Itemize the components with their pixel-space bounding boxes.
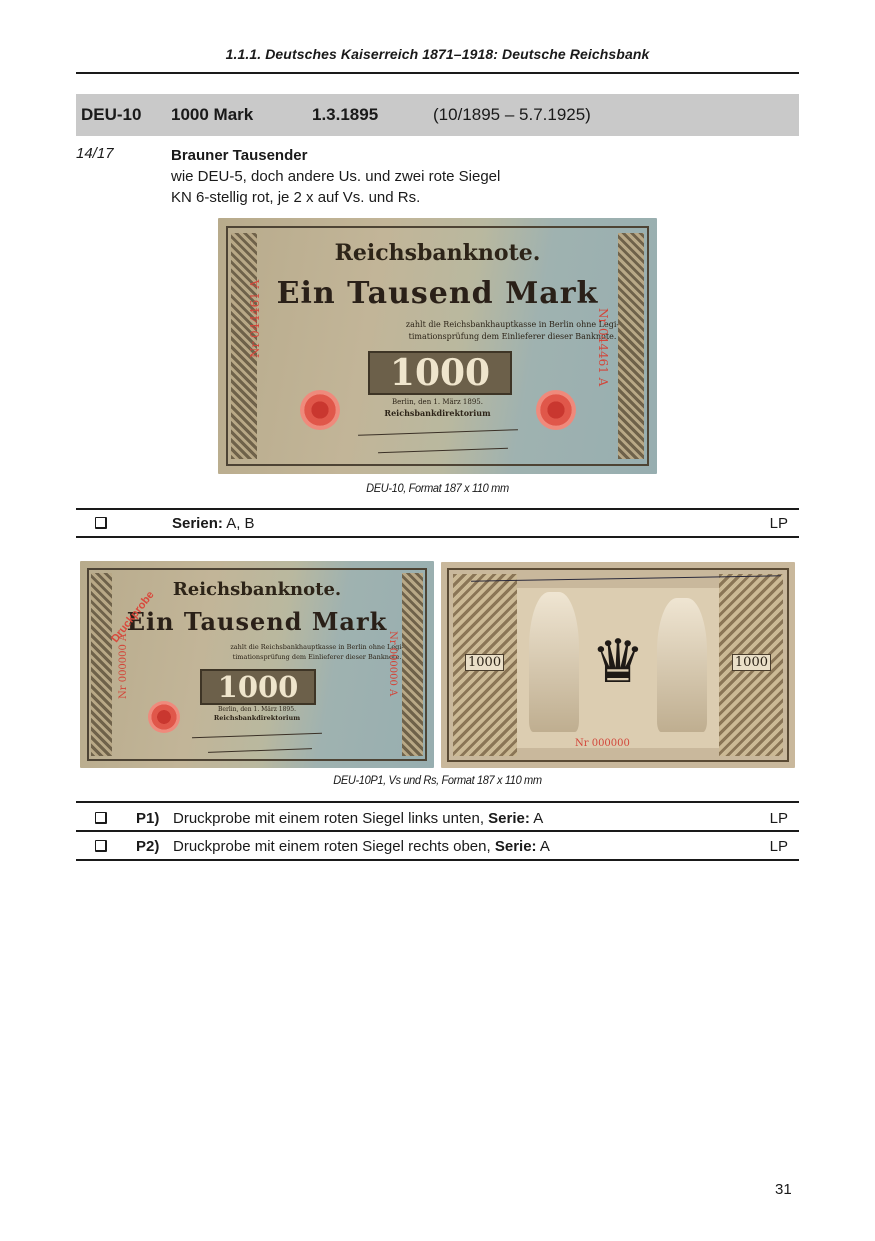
- checkbox-icon[interactable]: [95, 840, 107, 852]
- series-entry: Serien: A, B LP: [76, 510, 799, 536]
- allegorical-figure-left: [529, 592, 579, 732]
- serial-number-left: Nr 000000 A: [118, 634, 129, 699]
- series-text: Serien: A, B: [172, 515, 255, 532]
- note-value: 1000: [200, 669, 316, 705]
- entry-rule: [76, 536, 799, 538]
- description-line: KN 6-stellig rot, je 2 x auf Vs. und Rs.: [171, 187, 500, 208]
- series-label: Serie:: [488, 810, 530, 827]
- note-text-line: timationsprüfung dem Einlieferer dieser …: [368, 332, 657, 341]
- proof-code: P1): [136, 810, 159, 827]
- note-issuer: Reichsbankdirektorium: [80, 714, 434, 722]
- specimen-image-front: Reichsbanknote. Ein Tausend Mark zahlt d…: [80, 561, 434, 768]
- running-head: 1.1.1. Deutsches Kaiserreich 1871–1918: …: [76, 46, 799, 62]
- image-caption: DEU-10, Format 187 x 110 mm: [105, 481, 770, 495]
- specimen-image-reverse: ♛ 1000 1000 Nr 000000: [441, 562, 795, 768]
- note-value: 1000: [368, 351, 512, 395]
- issue-date: 1.3.1895: [312, 105, 378, 125]
- note-nickname: Brauner Tausender: [171, 145, 500, 166]
- reverse-value-left: 1000: [465, 654, 504, 671]
- entry-rule: [76, 830, 799, 832]
- note-place-date: Berlin, den 1. März 1895.: [80, 706, 434, 713]
- validity-period: (10/1895 – 5.7.1925): [433, 105, 591, 125]
- page-number: 31: [775, 1181, 792, 1198]
- checkbox-icon[interactable]: [95, 517, 107, 529]
- side-ornament-left: [91, 573, 112, 755]
- catalog-code: DEU-10: [81, 105, 141, 125]
- note-title: Reichsbanknote.: [218, 240, 657, 266]
- note-text-line: zahlt die Reichsbankhauptkasse in Berlin…: [368, 320, 657, 329]
- header-rule: [76, 72, 799, 74]
- denomination: 1000 Mark: [171, 105, 253, 125]
- note-text-line: timationsprüfung dem Einlieferer dieser …: [200, 653, 434, 661]
- catalog-title-bar: DEU-10 1000 Mark 1.3.1895 (10/1895 – 5.7…: [76, 94, 799, 136]
- reverse-value-right: 1000: [732, 654, 771, 671]
- note-issuer: Reichsbankdirektorium: [218, 408, 657, 418]
- proof-code: P2): [136, 838, 159, 855]
- note-text-line: zahlt die Reichsbankhauptkasse in Berlin…: [200, 643, 434, 651]
- note-title: Reichsbanknote.: [80, 579, 434, 600]
- description-line: wie DEU-5, doch andere Us. und zwei rote…: [171, 166, 500, 187]
- red-seal-left: [300, 390, 340, 430]
- banknote-image-front: Reichsbanknote. Ein Tausend Mark zahlt d…: [218, 218, 657, 474]
- red-seal-right: [536, 390, 576, 430]
- serial-number-left: Nr 044461 A: [248, 280, 262, 358]
- entry-rule: [76, 801, 799, 803]
- image-caption: DEU-10P1, Vs und Rs, Format 187 x 110 mm: [105, 773, 770, 787]
- price: LP: [770, 810, 788, 827]
- proof-text: Druckprobe mit einem roten Siegel links …: [173, 810, 543, 827]
- red-seal-left: [148, 701, 180, 733]
- serial-number-right: Nr 000000 A: [387, 631, 398, 696]
- reference-number: 14/17: [76, 145, 114, 162]
- note-main-text: Ein Tausend Mark: [218, 276, 657, 311]
- allegorical-figure-right: [657, 598, 707, 732]
- entry-rule: [76, 859, 799, 861]
- price: LP: [770, 515, 788, 532]
- side-ornament-right: [618, 233, 644, 458]
- proof-entry: P2) Druckprobe mit einem roten Siegel re…: [76, 833, 799, 859]
- description: Brauner Tausender wie DEU-5, doch andere…: [171, 145, 500, 208]
- price: LP: [770, 838, 788, 855]
- proof-description: Druckprobe mit einem roten Siegel links …: [173, 810, 484, 827]
- proof-entry: P1) Druckprobe mit einem roten Siegel li…: [76, 805, 799, 831]
- series-value: A, B: [226, 515, 254, 532]
- side-ornament-right: [402, 573, 423, 755]
- series-value: A: [540, 838, 550, 855]
- proof-text: Druckprobe mit einem roten Siegel rechts…: [173, 838, 550, 855]
- checkbox-icon[interactable]: [95, 812, 107, 824]
- serial-number-right: Nr 044461 A: [596, 308, 610, 386]
- series-label: Serien:: [172, 515, 223, 532]
- proof-description: Druckprobe mit einem roten Siegel rechts…: [173, 838, 491, 855]
- series-value: A: [533, 810, 543, 827]
- series-label: Serie:: [495, 838, 537, 855]
- reverse-serial: Nr 000000: [575, 738, 630, 749]
- imperial-eagle-icon: ♛: [591, 632, 645, 692]
- note-place-date: Berlin, den 1. März 1895.: [218, 398, 657, 406]
